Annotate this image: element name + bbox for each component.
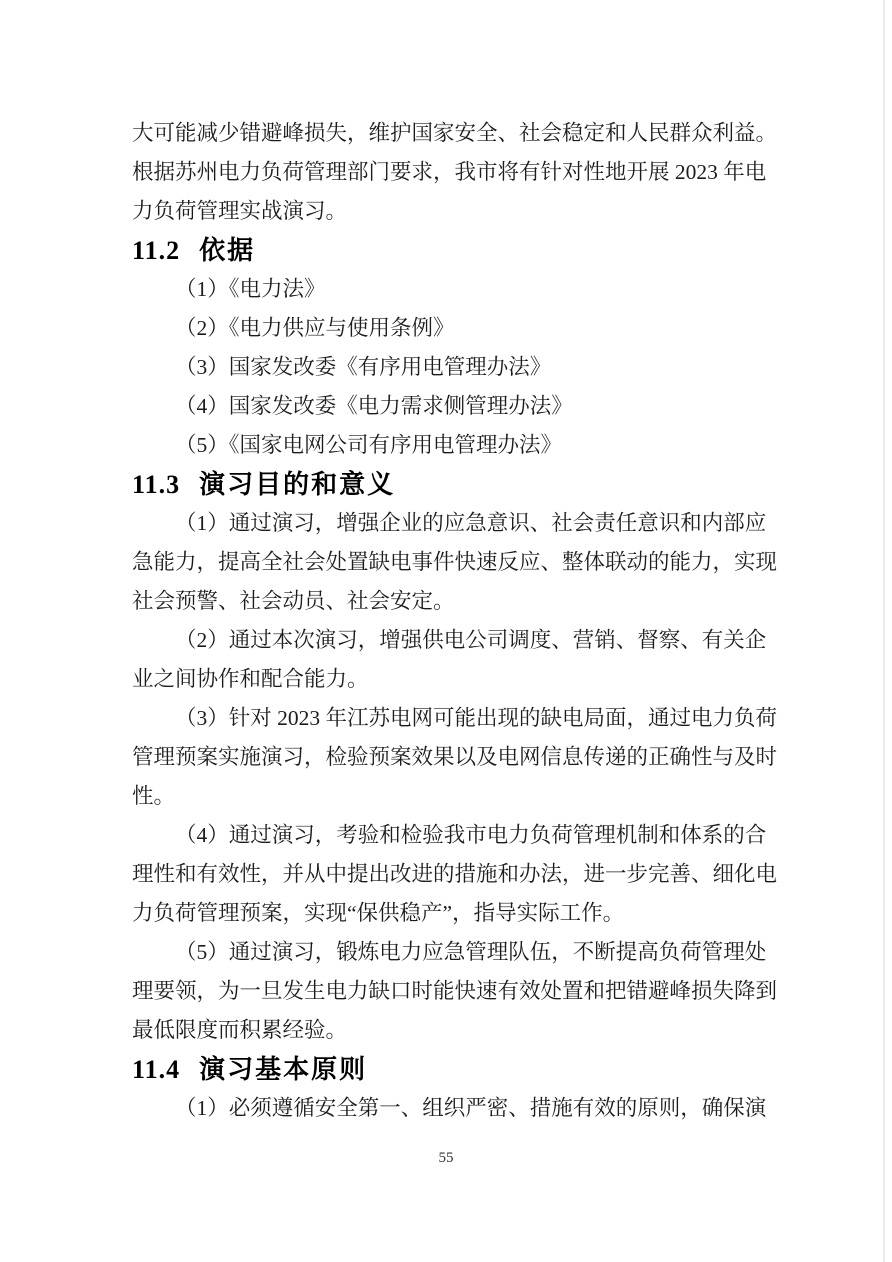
paragraph-line: 业之间协作和配合能力。 <box>132 660 762 699</box>
paragraph-line: （5）通过演习，锻炼电力应急管理队伍，不断提高负荷管理处 <box>132 933 762 972</box>
document-page: 大可能减少错避峰损失，维护国家安全、社会稳定和人民群众利益。根据苏州电力负荷管理… <box>0 0 892 1262</box>
paragraph-line: 理要领，为一旦发生电力缺口时能快速有效处置和把错避峰损失降到 <box>132 972 762 1011</box>
list-item-line: （1）《电力法》 <box>132 270 762 309</box>
section-number: 11.3 <box>132 470 180 499</box>
paragraph-line: 力负荷管理实战演习。 <box>132 192 762 231</box>
paragraph-line: 急能力，提高全社会处置缺电事件快速反应、整体联动的能力，实现 <box>132 543 762 582</box>
section-title: 依据 <box>199 236 255 265</box>
paragraph-line: （1）必须遵循安全第一、组织严密、措施有效的原则，确保演 <box>132 1089 762 1128</box>
paragraph-line: 最低限度而积累经验。 <box>132 1011 762 1050</box>
list-item-line: （3）国家发改委《有序用电管理办法》 <box>132 348 762 387</box>
document-content: 大可能减少错避峰损失，维护国家安全、社会稳定和人民群众利益。根据苏州电力负荷管理… <box>132 114 762 1128</box>
list-item-line: （5）《国家电网公司有序用电管理办法》 <box>132 426 762 465</box>
paragraph-line: 力负荷管理预案，实现“保供稳产”，指导实际工作。 <box>132 894 762 933</box>
section-number: 11.2 <box>132 236 180 265</box>
section-heading: 11.3演习目的和意义 <box>132 465 762 504</box>
paragraph-line: （1）通过演习，增强企业的应急意识、社会责任意识和内部应 <box>132 504 762 543</box>
paragraph-line: 社会预警、社会动员、社会安定。 <box>132 582 762 621</box>
section-heading: 11.4演习基本原则 <box>132 1050 762 1089</box>
paragraph-line: 性。 <box>132 777 762 816</box>
section-number: 11.4 <box>132 1055 180 1084</box>
page-number: 55 <box>0 1148 892 1168</box>
paragraph-line: 大可能减少错避峰损失，维护国家安全、社会稳定和人民群众利益。 <box>132 114 762 153</box>
paragraph-line: （2）通过本次演习，增强供电公司调度、营销、督察、有关企 <box>132 621 762 660</box>
paragraph-line: 理性和有效性，并从中提出改进的措施和办法，进一步完善、细化电 <box>132 855 762 894</box>
list-item-line: （2）《电力供应与使用条例》 <box>132 309 762 348</box>
paragraph-line: （4）通过演习，考验和检验我市电力负荷管理机制和体系的合 <box>132 816 762 855</box>
page-right-edge <box>883 0 885 1262</box>
paragraph-line: （3）针对 2023 年江苏电网可能出现的缺电局面，通过电力负荷 <box>132 699 762 738</box>
section-heading: 11.2依据 <box>132 231 762 270</box>
list-item-line: （4）国家发改委《电力需求侧管理办法》 <box>132 387 762 426</box>
paragraph-line: 根据苏州电力负荷管理部门要求，我市将有针对性地开展 2023 年电 <box>132 153 762 192</box>
section-title: 演习基本原则 <box>199 1055 367 1084</box>
section-title: 演习目的和意义 <box>199 470 395 499</box>
paragraph-line: 管理预案实施演习，检验预案效果以及电网信息传递的正确性与及时 <box>132 738 762 777</box>
